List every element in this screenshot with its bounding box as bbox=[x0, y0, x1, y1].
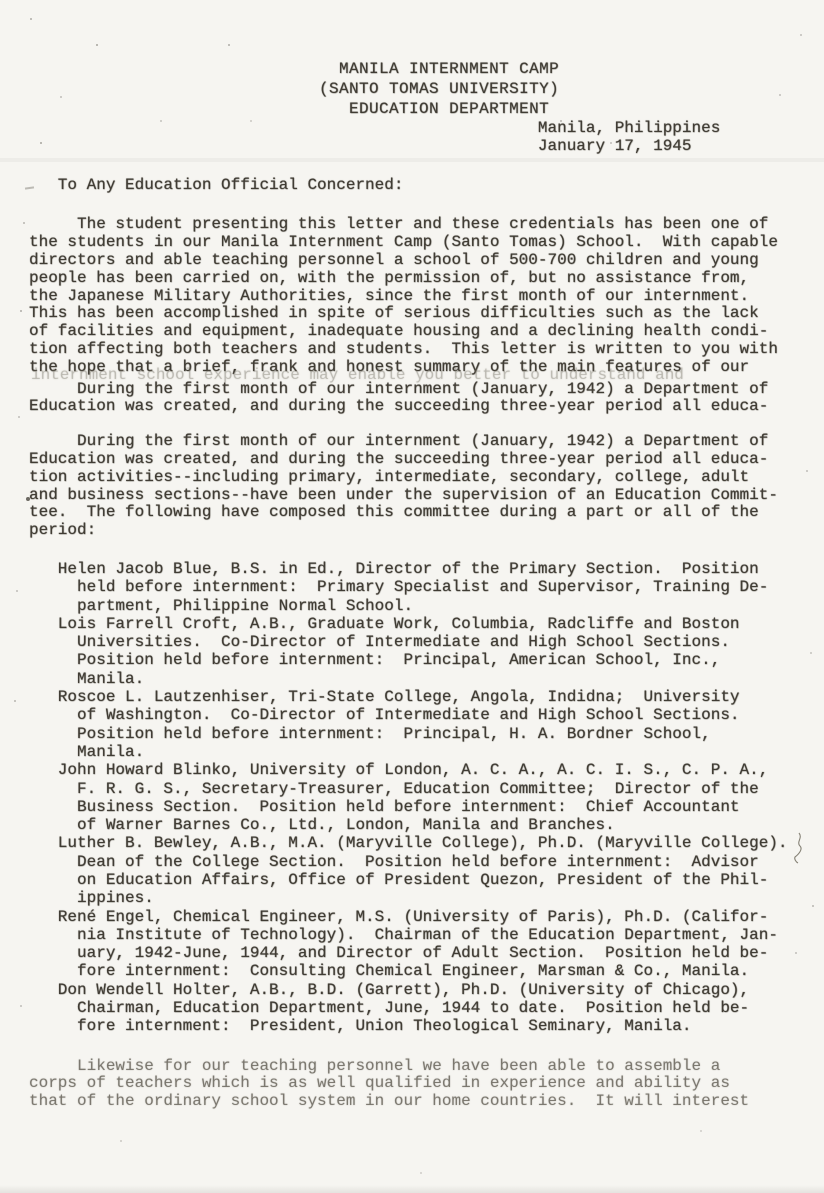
margin-dot-mark bbox=[26, 497, 30, 501]
committee-line: Roscoe L. Lautzenhiser, Tri-State Colleg… bbox=[29, 688, 824, 706]
text-line: Education was created, and during the su… bbox=[29, 398, 824, 416]
committee-line: partment, Philippine Normal School. bbox=[29, 597, 824, 615]
text-line: corps of teachers which is as well quali… bbox=[29, 1075, 824, 1093]
text-line: Likewise for our teaching personnel we h… bbox=[29, 1058, 824, 1076]
committee-line: held before internment: Primary Speciali… bbox=[29, 578, 824, 596]
committee-line: Business Section. Position held before i… bbox=[29, 798, 824, 816]
text-line: tion affecting both teachers and student… bbox=[29, 341, 824, 359]
paragraph-education-department: During the first month of our internment… bbox=[29, 433, 824, 540]
committee-line: fore internment: Consulting Chemical Eng… bbox=[29, 962, 824, 980]
committee-line: René Engel, Chemical Engineer, M.S. (Uni… bbox=[29, 908, 824, 926]
text-line: tee. The following have composed this co… bbox=[29, 504, 824, 522]
committee-line: of Warner Barnes Co., Ltd., London, Mani… bbox=[29, 816, 824, 834]
text-line: The student presenting this letter and t… bbox=[29, 216, 824, 234]
committee-line: fore internment: President, Union Theolo… bbox=[29, 1017, 824, 1035]
committee-line: Lois Farrell Croft, A.B., Graduate Work,… bbox=[29, 615, 824, 633]
pen-squiggle-mark bbox=[792, 832, 806, 864]
committee-line: on Education Affairs, Office of Presiden… bbox=[29, 871, 824, 889]
committee-line: Luther B. Bewley, A.B., M.A. (Maryville … bbox=[29, 834, 824, 852]
paragraph-false-start: During the first month of our internment… bbox=[29, 381, 824, 417]
text-line: and business sections--have been under t… bbox=[29, 487, 824, 505]
text-line: of facilities and equipment, inadequate … bbox=[29, 323, 824, 341]
letterhead-line: (SANTO TOMAS UNIVERSITY) bbox=[29, 79, 824, 99]
committee-line: John Howard Blinko, University of London… bbox=[29, 761, 824, 779]
text-line: period: bbox=[29, 522, 824, 540]
salutation-line: To Any Education Official Concerned: bbox=[29, 177, 824, 195]
dateline: Manila, Philippines January 17, 1945 bbox=[29, 120, 824, 156]
committee-line: of Washington. Co-Director of Intermedia… bbox=[29, 706, 824, 724]
dateline-line: Manila, Philippines bbox=[29, 120, 824, 138]
committee-line: Don Wendell Holter, A.B., B.D. (Garrett)… bbox=[29, 981, 824, 999]
text-line: the students in our Manila Internment Ca… bbox=[29, 234, 824, 252]
letterhead-line: MANILA INTERNMENT CAMP bbox=[29, 59, 824, 79]
text-line: During the first month of our internment… bbox=[29, 433, 824, 451]
committee-line: F. R. G. S., Secretary-Treasurer, Educat… bbox=[29, 780, 824, 798]
dateline-line: January 17, 1945 bbox=[29, 138, 824, 156]
paragraph-closing: Likewise for our teaching personnel we h… bbox=[29, 1058, 824, 1111]
erased-line: internment school experience may enable … bbox=[31, 367, 684, 385]
committee-line: ippines. bbox=[29, 889, 824, 907]
scan-band bbox=[0, 158, 824, 162]
committee-line: Manila. bbox=[29, 670, 824, 688]
committee-line: Helen Jacob Blue, B.S. in Ed., Director … bbox=[29, 560, 824, 578]
letterhead-line: EDUCATION DEPARTMENT bbox=[29, 99, 824, 119]
text-line: people has been carried on, with the per… bbox=[29, 270, 824, 288]
committee-line: uary, 1942-June, 1944, and Director of A… bbox=[29, 944, 824, 962]
committee-line: Position held before internment: Princip… bbox=[29, 725, 824, 743]
committee-line: Manila. bbox=[29, 743, 824, 761]
text-line: directors and able teaching personnel a … bbox=[29, 252, 824, 270]
text-line: the Japanese Military Authorities, since… bbox=[29, 288, 824, 306]
text-line: Education was created, and during the su… bbox=[29, 451, 824, 469]
committee-line: Dean of the College Section. Position he… bbox=[29, 853, 824, 871]
committee-line: Position held before internment: Princip… bbox=[29, 651, 824, 669]
letter-page: MANILA INTERNMENT CAMP (SANTO TOMAS UNIV… bbox=[0, 0, 824, 1193]
letterhead: MANILA INTERNMENT CAMP (SANTO TOMAS UNIV… bbox=[29, 59, 824, 119]
paragraph-introduction: The student presenting this letter and t… bbox=[29, 216, 824, 376]
text-line: This has been accomplished in spite of s… bbox=[29, 305, 824, 323]
text-line: tion activities--including primary, inte… bbox=[29, 469, 824, 487]
salutation: To Any Education Official Concerned: bbox=[29, 177, 824, 195]
text-line: that of the ordinary school system in ou… bbox=[29, 1093, 824, 1111]
committee-line: Universities. Co-Director of Intermediat… bbox=[29, 633, 824, 651]
committee-line: Chairman, Education Department, June, 19… bbox=[29, 999, 824, 1017]
page-bottom-shade bbox=[0, 1185, 824, 1193]
committee-member-list: Helen Jacob Blue, B.S. in Ed., Director … bbox=[29, 560, 824, 1036]
paper-specks bbox=[0, 0, 2, 2]
committee-line: nia Institute of Technology). Chairman o… bbox=[29, 926, 824, 944]
